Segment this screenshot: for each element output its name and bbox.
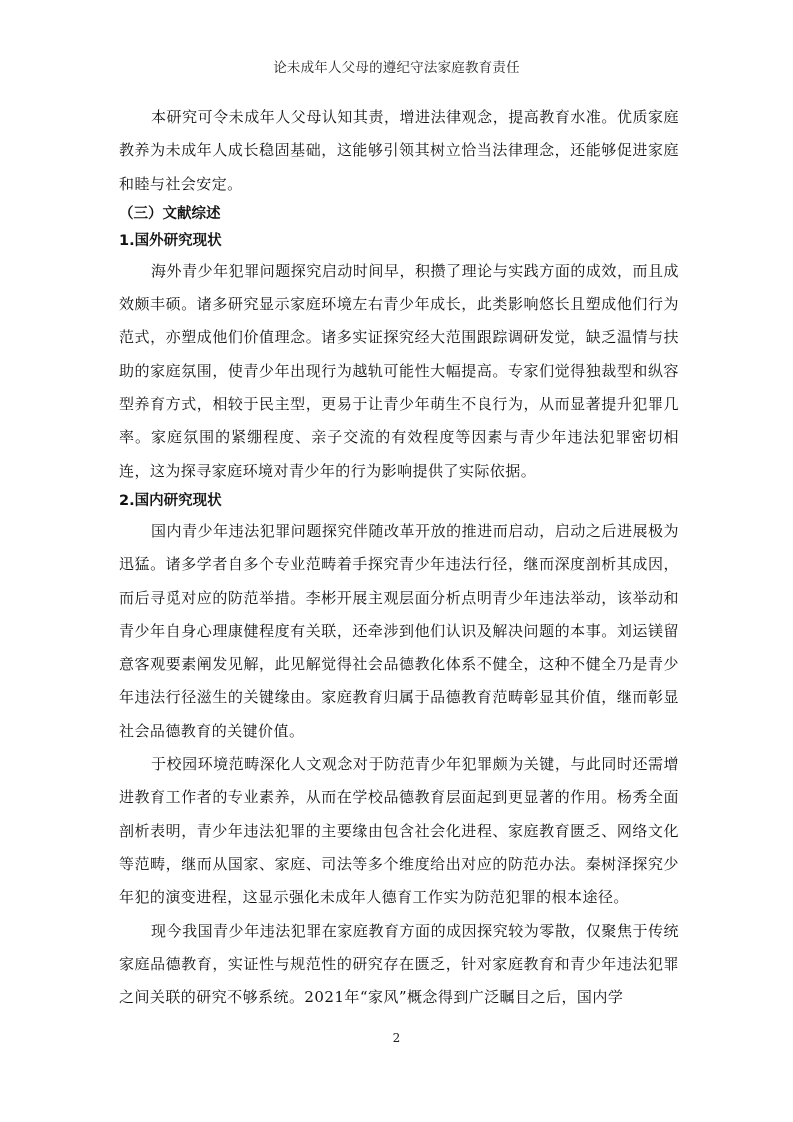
intro-paragraph: 本研究可令未成年人父母认知其责，增进法律观念，提高教育水准。优质家庭教养为未成年… [119, 101, 679, 201]
paragraph-domestic-research-3: 现今我国青少年违法犯罪在家庭教育方面的成因探究较为零散，仅聚焦于传统家庭品德教育… [119, 915, 679, 1015]
paragraph-domestic-research-2: 于校园环境范畴深化人文观念对于防范青少年犯罪颇为关键，与此同时还需增进教育工作者… [119, 748, 679, 914]
running-header: 论未成年人父母的遵纪守法家庭教育责任 [0, 56, 793, 76]
page-number: 2 [0, 1031, 793, 1045]
section-heading-literature-review: （三）文献综述 [119, 201, 679, 228]
page-body: 本研究可令未成年人父母认知其责，增进法律观念，提高教育水准。优质家庭教养为未成年… [119, 101, 679, 1014]
paragraph-foreign-research: 海外青少年犯罪问题探究启动时间早，积攒了理论与实践方面的成效，而且成效颇丰硕。诸… [119, 255, 679, 488]
paragraph-domestic-research-1: 国内青少年违法犯罪问题探究伴随改革开放的推进而启动，启动之后进展极为迅猛。诸多学… [119, 515, 679, 748]
subsection-heading-foreign-research: 1.国外研究现状 [119, 228, 679, 255]
subsection-heading-domestic-research: 2.国内研究现状 [119, 488, 679, 515]
